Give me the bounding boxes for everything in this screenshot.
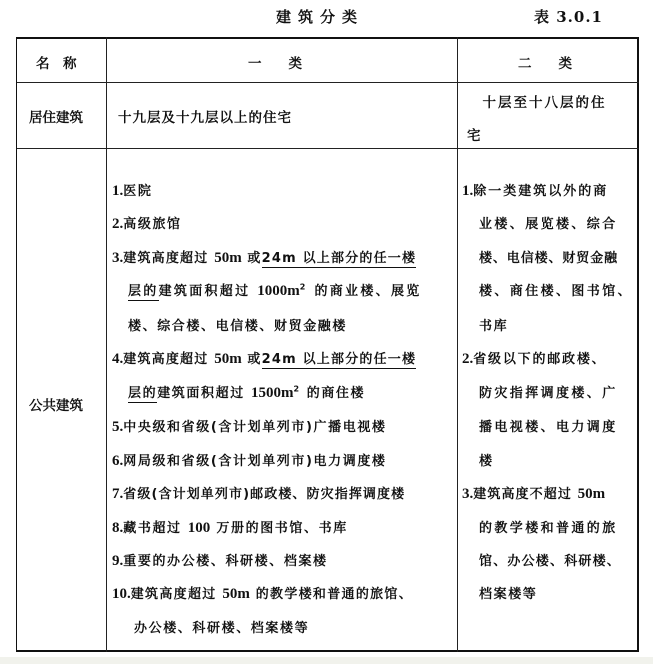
class1-item-10-cont: 办公楼、科研楼、档案楼等 [134,617,309,636]
item-text: 建筑高度超过 [131,587,223,602]
item-text: 书库 [479,319,508,334]
table-number: 表 3.0.1 [534,6,603,27]
item-text: 播电视楼、电力调度 [479,420,618,435]
class2-item-1-cont3: 楼、商住楼、图书馆、 [479,280,633,299]
row-divider-residential [17,148,639,149]
class1-item-4: 4.建筑高度超过 50m 或24m 以上部分的任一楼 [112,348,416,368]
item-number: 5. [112,419,123,435]
underlined-text: 层的 [128,284,159,301]
item-text: 档案楼等 [479,587,537,602]
item-text: 的教学楼和普通的旅 [479,521,618,536]
column-divider-2 [457,37,458,652]
item-number: 8. [112,520,123,536]
item-value: 50m [222,586,250,602]
class2-item-2-cont2: 播电视楼、电力调度 [479,416,618,435]
item-number: 6. [112,453,123,469]
row-divider-header [17,82,639,83]
class1-item-6: 6.网局级和省级(含计划单列市)电力调度楼 [112,450,387,470]
residential-class2-line1: 十层至十八层的住 [467,91,607,111]
class1-item-10: 10.建筑高度超过 50m 的教学楼和普通的旅馆、 [112,583,413,603]
item-value: 50m [578,486,606,502]
underlined-text: 24m 以上部分的任一楼 [262,251,417,268]
class1-item-9: 9.重要的办公楼、科研楼、档案楼 [112,550,328,570]
item-text: 的商住楼 [301,386,366,401]
class2-item-1-cont2: 楼、电信楼、财贸金融 [479,247,618,266]
underlined-text: 层的 [128,386,157,403]
item-text: 业楼、展览楼、综合 [479,217,618,232]
item-text: 建筑高度不超过 [473,487,577,502]
item-value: 100 [188,520,211,536]
item-number: 10. [112,586,131,602]
class2-item-2-cont3: 楼 [479,450,494,469]
item-text: 或 [242,251,262,266]
item-number: 3. [462,486,473,502]
class1-item-3-cont1: 层的建筑面积超过 1000m2 的商业楼、展览 [128,280,422,300]
column-divider-1 [106,37,107,652]
header-class2: 二 类 [518,52,572,72]
item-number: 1. [112,183,123,199]
item-text: 网局级和省级(含计划单列市)电力调度楼 [123,454,386,469]
item-text: 楼、综合楼、电信楼、财贸金融楼 [128,319,347,334]
class1-item-7: 7.省级(含计划单列市)邮政楼、防灾指挥调度楼 [112,483,405,503]
class1-item-2: 2.高级旅馆 [112,213,182,233]
item-text: 重要的办公楼、科研楼、档案楼 [123,554,327,569]
class2-item-2: 2.省级以下的邮政楼、 [462,348,606,368]
page-bottom-band [0,657,653,664]
row-name-residential: 居住建筑 [29,106,83,126]
item-value: 1500m [251,385,294,401]
class2-item-1-cont4: 书库 [479,315,508,334]
item-value: 1000m [257,283,300,299]
row-name-public: 公共建筑 [29,394,83,414]
item-text: 或 [242,352,262,367]
document-title: 建筑分类 [276,6,364,27]
class2-item-3: 3.建筑高度不超过 50m [462,483,605,503]
item-text: 建筑高度超过 [123,251,214,266]
item-text: 万册的图书馆、书库 [210,521,348,536]
underlined-text: 24m 以上部分的任一楼 [262,352,417,369]
item-text: 楼、商住楼、图书馆、 [479,284,633,299]
class1-item-1: 1.医院 [112,180,152,200]
item-text: 馆、办公楼、科研楼、 [479,554,621,569]
item-text: 建筑面积超过 [159,284,258,299]
class2-item-1-cont1: 业楼、展览楼、综合 [479,213,618,232]
class1-item-4-cont1: 层的建筑面积超过 1500m2 的商住楼 [128,382,365,402]
class1-item-3: 3.建筑高度超过 50m 或24m 以上部分的任一楼 [112,247,416,267]
item-text: 防灾指挥调度楼、广 [479,386,618,401]
item-value: 50m [214,351,242,367]
item-text: 医院 [123,184,152,199]
residential-class2-line2: 宅 [467,124,481,144]
item-text: 楼 [479,454,494,469]
class2-item-3-cont2: 馆、办公楼、科研楼、 [479,550,621,569]
class1-item-8: 8.藏书超过 100 万册的图书馆、书库 [112,517,348,537]
header-name: 名 称 [36,52,77,72]
item-number: 1. [462,183,473,199]
item-number: 7. [112,486,123,502]
class2-item-1: 1.除一类建筑以外的商 [462,180,608,200]
item-number: 4. [112,351,123,367]
item-number: 2. [462,351,473,367]
item-number: 2. [112,216,123,232]
item-text: 中央级和省级(含计划单列市)广播电视楼 [123,420,386,435]
item-text: 楼、电信楼、财贸金融 [479,251,618,266]
item-text: 藏书超过 [123,521,188,536]
class2-item-3-cont3: 档案楼等 [479,583,537,602]
item-number: 3. [112,250,123,266]
item-text: 省级(含计划单列市)邮政楼、防灾指挥调度楼 [123,487,405,502]
item-value: 50m [214,250,242,266]
superscript: 2 [293,385,300,394]
item-number: 9. [112,553,123,569]
item-text: 的教学楼和普通的旅馆、 [250,587,413,602]
item-text: 高级旅馆 [123,217,181,232]
class1-item-5: 5.中央级和省级(含计划单列市)广播电视楼 [112,416,387,436]
item-text: 除一类建筑以外的商 [473,184,608,199]
item-text: 办公楼、科研楼、档案楼等 [134,621,309,636]
residential-class1: 十九层及十九层以上的住宅 [118,106,292,126]
item-text: 建筑面积超过 [157,386,251,401]
item-text: 省级以下的邮政楼、 [473,352,606,367]
class2-item-2-cont1: 防灾指挥调度楼、广 [479,382,618,401]
class2-item-3-cont1: 的教学楼和普通的旅 [479,517,618,536]
superscript: 2 [300,283,308,292]
item-text: 建筑高度超过 [123,352,214,367]
header-class1: 一 类 [248,52,302,72]
class1-item-3-cont2: 楼、综合楼、电信楼、财贸金融楼 [128,315,347,334]
item-text: 的商业楼、展览 [308,284,422,299]
